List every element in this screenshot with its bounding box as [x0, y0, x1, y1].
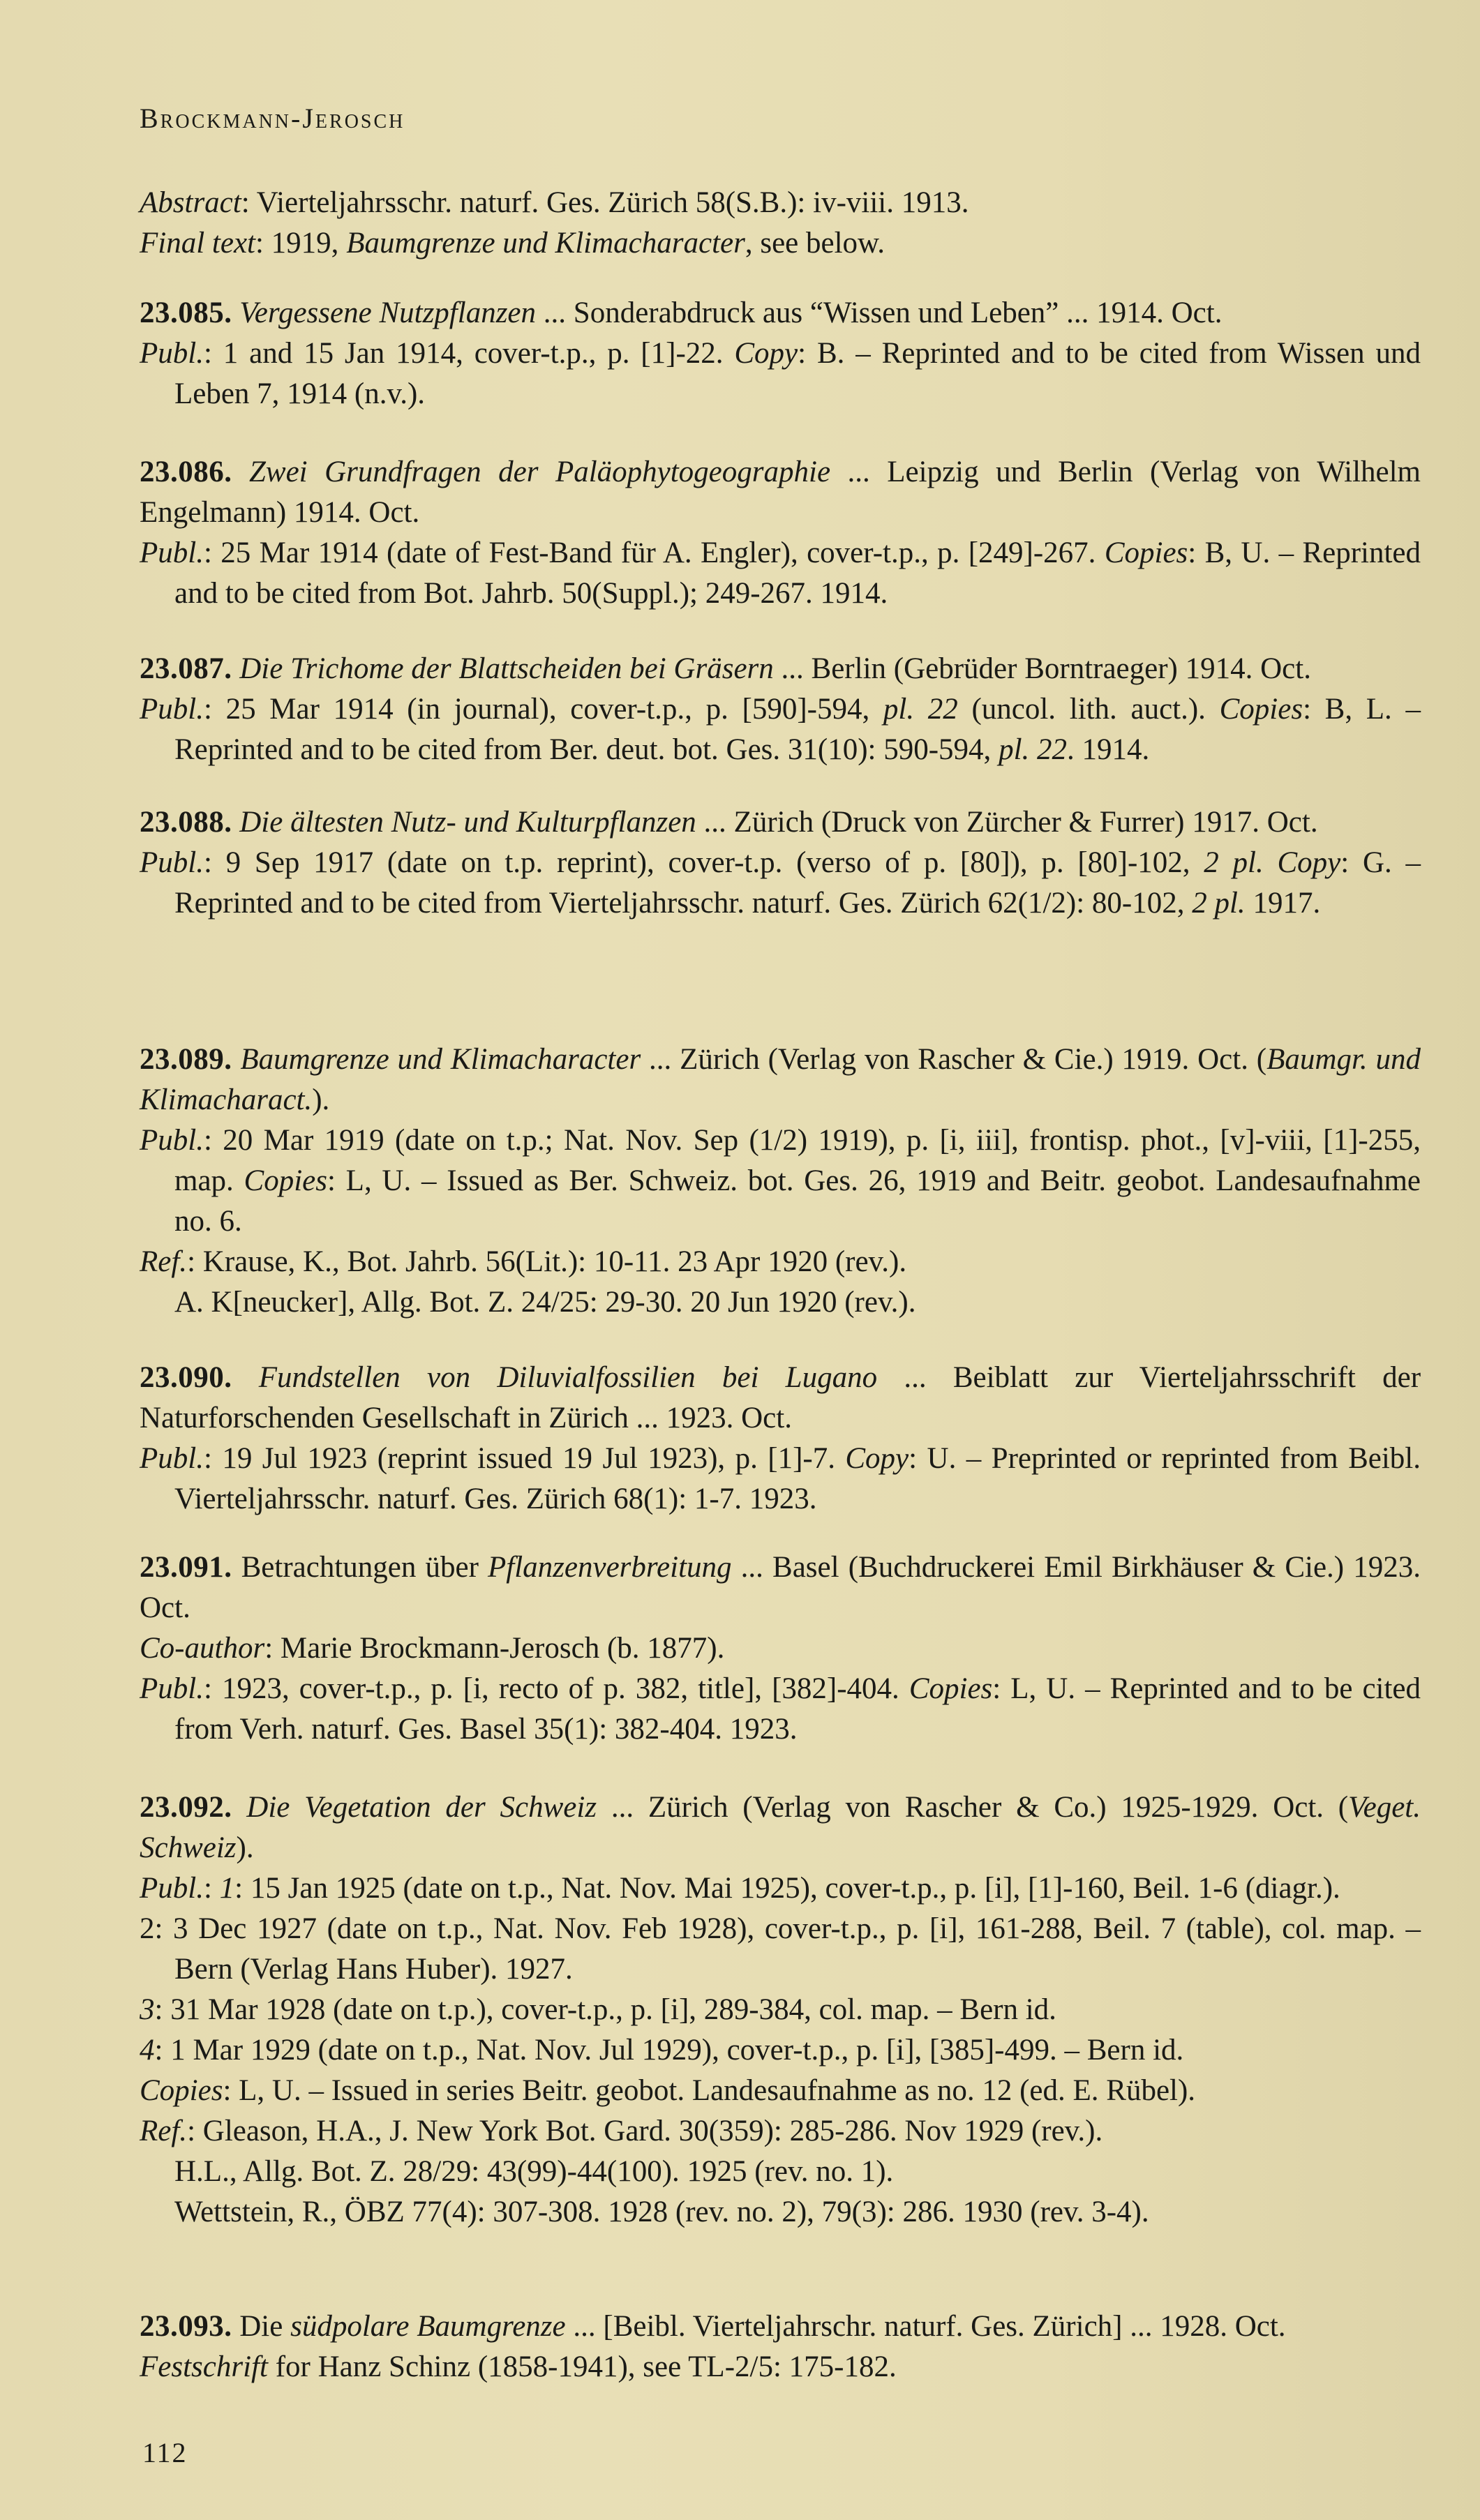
entry-reference: H.L., Allg. Bot. Z. 28/29: 43(99)-44(100… — [140, 2152, 1421, 2192]
entry-number: 23.086. — [140, 456, 232, 488]
entry-part-4: 4: 1 Mar 1929 (date on t.p., Nat. Nov. J… — [140, 2030, 1421, 2071]
entry-part-1: Publ.: 1: 15 Jan 1925 (date on t.p., Nat… — [140, 1868, 1421, 1909]
entry-reference: A. K[neucker], Allg. Bot. Z. 24/25: 29-3… — [140, 1282, 1421, 1323]
entry-title: Zwei Grundfragen der Paläophytogeographi… — [249, 456, 830, 488]
entry-coauthor: Co-author: Marie Brockmann-Jerosch (b. 1… — [140, 1628, 1421, 1669]
entry-23-087: 23.087. Die Trichome der Blattscheiden b… — [140, 649, 1421, 770]
entry-23-085: 23.085. Vergessene Nutzpflanzen ... Sond… — [140, 293, 1421, 414]
entry-heading: 23.092. Die Vegetation der Schweiz ... Z… — [140, 1787, 1421, 1868]
entry-publication: Publ.: 25 Mar 1914 (in journal), cover-t… — [140, 689, 1421, 770]
running-head: Brockmann-Jerosch — [140, 102, 405, 135]
entry-title: Die Trichome der Blattscheiden bei Gräse… — [239, 652, 774, 685]
entry-publication: Publ.: 9 Sep 1917 (date on t.p. reprint)… — [140, 843, 1421, 924]
intro-block: Abstract: Vierteljahrsschr. naturf. Ges.… — [140, 183, 1421, 264]
entry-part-2: 2: 3 Dec 1927 (date on t.p., Nat. Nov. F… — [140, 1909, 1421, 1990]
abstract-line: Abstract: Vierteljahrsschr. naturf. Ges.… — [140, 183, 1421, 223]
entry-heading: 23.093. Die südpolare Baumgrenze ... [Be… — [140, 2307, 1421, 2347]
entry-title: Pflanzenverbreitung — [488, 1551, 732, 1584]
entry-heading: 23.089. Baumgrenze und Klimacharacter ..… — [140, 1040, 1421, 1120]
entry-23-090: 23.090. Fundstellen von Diluvialfossilie… — [140, 1358, 1421, 1520]
entry-number: 23.087. — [140, 652, 232, 685]
entry-title: südpolare Baumgrenze — [290, 2310, 566, 2343]
entry-heading: 23.088. Die ältesten Nutz- und Kulturpfl… — [140, 802, 1421, 843]
entry-publication: Publ.: 25 Mar 1914 (date of Fest-Band fü… — [140, 533, 1421, 614]
entry-23-092: 23.092. Die Vegetation der Schweiz ... Z… — [140, 1787, 1421, 2233]
entry-title: Fundstellen von Diluvialfossilien bei Lu… — [259, 1361, 877, 1394]
entry-number: 23.089. — [140, 1043, 232, 1076]
entry-references: Ref.: Krause, K., Bot. Jahrb. 56(Lit.): … — [140, 1242, 1421, 1282]
entry-publication: Publ.: 20 Mar 1919 (date on t.p.; Nat. N… — [140, 1120, 1421, 1242]
entry-number: 23.092. — [140, 1791, 232, 1824]
entry-number: 23.085. — [140, 297, 232, 329]
entry-part-3: 3: 31 Mar 1928 (date on t.p.), cover-t.p… — [140, 1990, 1421, 2030]
entry-heading: 23.090. Fundstellen von Diluvialfossilie… — [140, 1358, 1421, 1439]
entry-number: 23.093. — [140, 2310, 232, 2343]
entry-publication: Publ.: 1 and 15 Jan 1914, cover-t.p., p.… — [140, 333, 1421, 414]
entry-title: Vergessene Nutzpflanzen — [239, 297, 536, 329]
entry-heading: 23.086. Zwei Grundfragen der Paläophytog… — [140, 452, 1421, 533]
entry-number: 23.091. — [140, 1551, 232, 1584]
entry-title: Die Vegetation der Schweiz — [246, 1791, 597, 1824]
entry-heading: 23.087. Die Trichome der Blattscheiden b… — [140, 649, 1421, 689]
abstract-label: Abstract — [140, 186, 241, 219]
final-text-label: Final text — [140, 227, 255, 260]
entry-festschrift: Festschrift for Hanz Schinz (1858-1941),… — [140, 2347, 1421, 2387]
entry-23-091: 23.091. Betrachtungen über Pflanzenverbr… — [140, 1547, 1421, 1750]
entry-title: Die ältesten Nutz- und Kulturpflanzen — [239, 806, 696, 839]
entry-23-088: 23.088. Die ältesten Nutz- und Kulturpfl… — [140, 802, 1421, 924]
entry-heading: 23.085. Vergessene Nutzpflanzen ... Sond… — [140, 293, 1421, 333]
entry-23-089: 23.089. Baumgrenze und Klimacharacter ..… — [140, 1040, 1421, 1323]
entry-publication: Publ.: 1923, cover-t.p., p. [i, recto of… — [140, 1669, 1421, 1750]
entry-publication: Publ.: 19 Jul 1923 (reprint issued 19 Ju… — [140, 1439, 1421, 1520]
entry-title: Baumgrenze und Klimacharacter — [240, 1043, 641, 1076]
final-text-line: Final text: 1919, Baumgrenze und Klimach… — [140, 223, 1421, 264]
entry-reference: Wettstein, R., ÖBZ 77(4): 307-308. 1928 … — [140, 2192, 1421, 2233]
entry-23-093: 23.093. Die südpolare Baumgrenze ... [Be… — [140, 2307, 1421, 2387]
entry-number: 23.090. — [140, 1361, 232, 1394]
entry-23-086: 23.086. Zwei Grundfragen der Paläophytog… — [140, 452, 1421, 614]
page-number: 112 — [142, 2436, 188, 2469]
entry-references: Ref.: Gleason, H.A., J. New York Bot. Ga… — [140, 2111, 1421, 2152]
entry-heading: 23.091. Betrachtungen über Pflanzenverbr… — [140, 1547, 1421, 1628]
entry-copies: Copies: L, U. – Issued in series Beitr. … — [140, 2071, 1421, 2111]
entry-number: 23.088. — [140, 806, 232, 839]
